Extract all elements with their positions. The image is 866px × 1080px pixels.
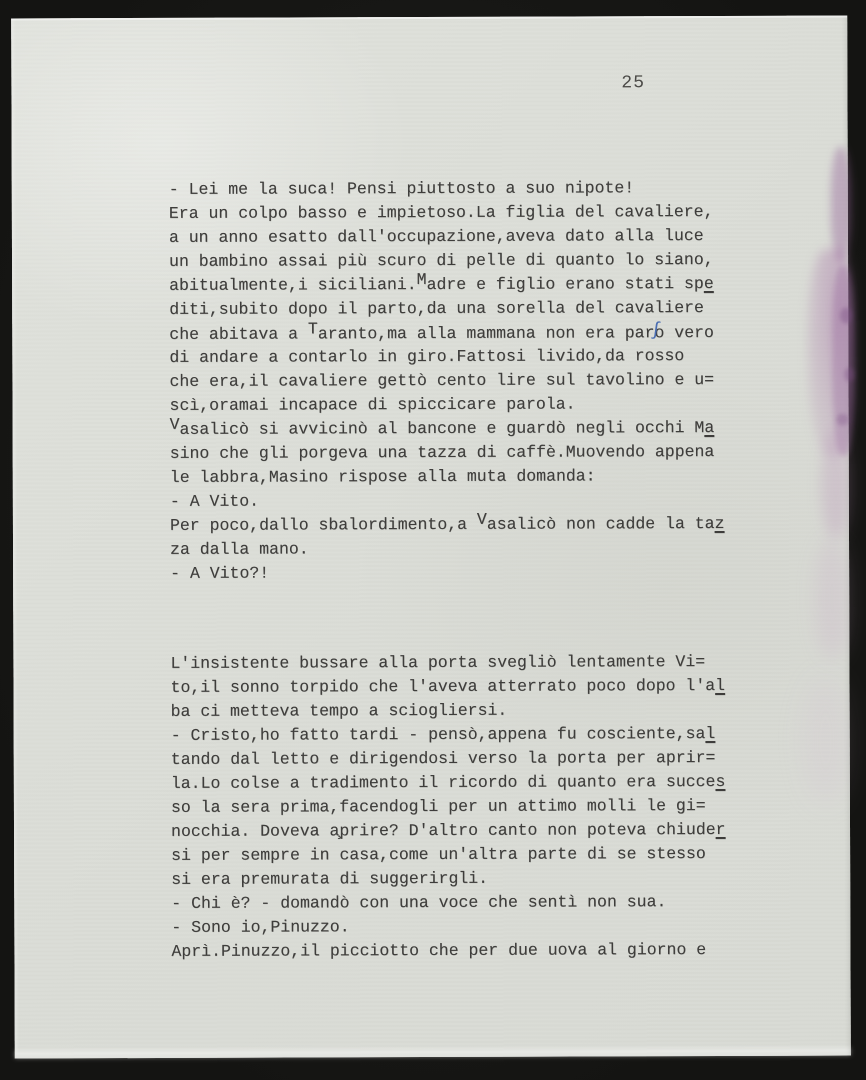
text-segment: le labbra,Masino rispose alla muta doman… <box>170 466 596 486</box>
text-segment: - Lei me la suca! Pensi piuttosto a suo … <box>169 178 634 199</box>
text-segment: so la sera prima,facendogli per un attim… <box>171 796 706 817</box>
text-segment: - A Vito?! <box>170 564 269 583</box>
dye-stain-spot <box>837 414 849 426</box>
text-segment: si era premurata di suggerirgli. <box>171 869 488 889</box>
text-segment: nocchia. Doveva a̧prire? D'altro canto n… <box>171 820 716 841</box>
dye-stain <box>801 676 849 806</box>
typescript-line: tando dal letto e dirigendosi verso la p… <box>171 746 726 772</box>
text-segment: asalicò si avvicinò al bancone e guardò … <box>179 418 704 439</box>
typescript-line: le labbra,Masino rispose alla muta doman… <box>170 464 725 490</box>
typescript-line: che era,il cavaliere gettò cento lire su… <box>169 368 724 394</box>
typescript-line: diti,subito dopo il parto,da una sorella… <box>169 296 724 322</box>
text-segment: V <box>170 415 180 434</box>
dye-stain <box>807 249 854 457</box>
text-segment: Era un colpo basso e impietoso.La figlia… <box>169 202 714 223</box>
dye-stain-spot <box>844 368 854 382</box>
typescript-line: si per sempre in casa,come un'altra part… <box>171 842 726 868</box>
text-segment: - A Vito. <box>170 492 259 511</box>
typescript-line: la.Lo colse a tradimento il ricordo di q… <box>171 770 726 796</box>
typescript-text: - Lei me la suca! Pensi piuttosto a suo … <box>169 176 726 964</box>
typescript-line: - Sono io,Pinuzzo. <box>171 914 726 940</box>
text-segment: Aprì.Pinuzzo,il picciotto che per due uo… <box>171 940 706 961</box>
text-segment: sino che gli porgeva una tazza di caffè.… <box>170 442 715 463</box>
text-segment: a <box>704 418 714 437</box>
text-segment: to,il sonno torpido che l'aveva atterrat… <box>170 676 715 697</box>
text-segment: di andare a contarlo in giro.Fattosi liv… <box>169 346 684 367</box>
typescript-line: - Lei me la suca! Pensi piuttosto a suo … <box>169 176 724 202</box>
typescript-line: si era premurata di suggerirgli. <box>171 866 726 892</box>
typescript-line: - A Vito. <box>170 488 725 514</box>
typescript-line: Vasalicò si avvicinò al bancone e guardò… <box>170 416 725 442</box>
text-segment: o vero <box>654 323 713 342</box>
text-segment: L'insistente bussare alla porta svegliò … <box>170 652 705 673</box>
page-sheet: 25 - Lei me la suca! Pensi piuttosto a s… <box>11 16 851 1059</box>
text-segment: asalicò non cadde la ta <box>487 514 715 534</box>
text-segment: abitualmente,i siciliani. <box>169 275 417 295</box>
text-segment: z <box>715 514 725 533</box>
text-segment: un bambino assai più scuro di pelle di q… <box>169 250 714 271</box>
text-segment: za dalla mano. <box>170 539 309 558</box>
typescript-line: a un anno esatto dall'occupazione,aveva … <box>169 224 724 250</box>
text-segment: adre e figlio erano stati sp <box>427 274 704 294</box>
text-segment: a un anno esatto dall'occupazione,aveva … <box>169 226 704 247</box>
typescript-line: sino che gli porgeva una tazza di caffè.… <box>170 440 725 466</box>
text-segment: che abitava a <box>169 324 308 343</box>
text-segment: che era,il cavaliere gettò cento lire su… <box>169 370 714 391</box>
typescript-line: za dalla mano. <box>170 536 725 562</box>
text-segment: tando dal letto e dirigendosi verso la p… <box>171 748 716 769</box>
typescript-line: - Chi è? - domandò con una voce che sent… <box>171 890 726 916</box>
typescript-line: di andare a contarlo in giro.Fattosi liv… <box>169 344 724 370</box>
paragraph-gap <box>170 584 725 652</box>
text-segment: ba ci metteva tempo a sciogliersi. <box>171 701 508 721</box>
page-number: 25 <box>621 74 645 92</box>
dye-stain <box>822 429 850 539</box>
text-segment: Per poco,dallo sbalordimento,a <box>170 515 477 535</box>
text-segment: M <box>417 270 427 289</box>
text-segment: diti,subito dopo il parto,da una sorella… <box>169 298 704 319</box>
text-segment: - Sono io,Pinuzzo. <box>171 917 349 937</box>
typescript-line: scì,oramai incapace di spiccicare parola… <box>169 392 724 418</box>
text-segment: V <box>477 510 487 529</box>
handwritten-ink-correction: ∫ <box>649 317 652 341</box>
dye-stain <box>831 147 851 263</box>
typescript-line: L'insistente bussare alla porta svegliò … <box>170 650 725 676</box>
scan-background: { "colors": { "backdrop": "#161614", "pa… <box>0 0 866 1080</box>
text-segment: si per sempre in casa,come un'altra part… <box>171 844 706 865</box>
text-segment: l <box>715 676 725 695</box>
text-segment: - Chi è? - domandò con una voce che sent… <box>171 892 666 913</box>
typescript-line: Per poco,dallo sbalordimento,a Vasalicò … <box>170 512 725 538</box>
text-segment: T <box>308 319 318 338</box>
typescript-line: ba ci metteva tempo a sciogliersi. <box>171 698 726 724</box>
typescript-line: Era un colpo basso e impietoso.La figlia… <box>169 200 724 226</box>
typescript-line: - Cristo,ho fatto tardi - pensò,appena f… <box>171 722 726 748</box>
typescript-line: nocchia. Doveva a̧prire? D'altro canto n… <box>171 818 726 844</box>
typescript-line: - A Vito?! <box>170 560 725 586</box>
dye-stain-spot <box>840 308 852 324</box>
dye-stain <box>832 266 855 456</box>
text-segment: s <box>715 772 725 791</box>
text-segment: aranto,ma alla mammana non era par <box>318 323 655 343</box>
typescript-line: che abitava a Taranto,ma alla mammana no… <box>169 320 724 346</box>
text-segment: la.Lo colse a tradimento il ricordo di q… <box>171 772 716 793</box>
typescript-line: to,il sonno torpido che l'aveva atterrat… <box>170 674 725 700</box>
typescript-line: un bambino assai più scuro di pelle di q… <box>169 248 724 274</box>
typescript-line: Aprì.Pinuzzo,il picciotto che per due uo… <box>171 938 726 964</box>
text-segment: e <box>704 274 714 293</box>
text-segment: r <box>716 820 726 839</box>
text-segment: scì,oramai incapace di spiccicare parola… <box>170 394 576 414</box>
dye-stain <box>815 539 849 659</box>
text-segment: - Cristo,ho fatto tardi - pensò,appena f… <box>171 724 706 745</box>
text-segment: l <box>705 724 715 743</box>
typescript-line: abitualmente,i siciliani.Madre e figlio … <box>169 272 724 298</box>
typescript-line: so la sera prima,facendogli per un attim… <box>171 794 726 820</box>
